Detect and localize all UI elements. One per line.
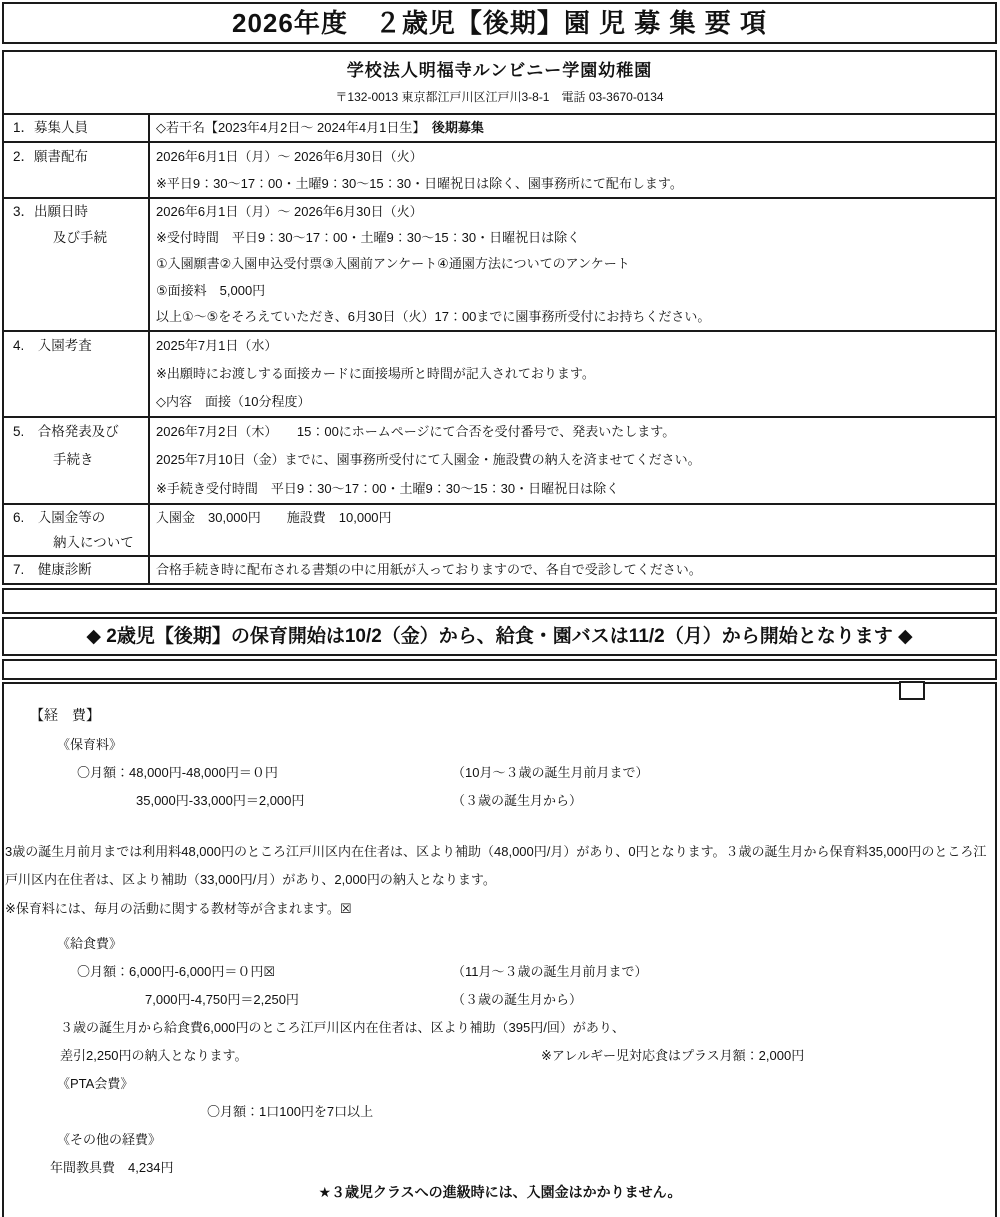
expense-line: 〇月額：48,000円-48,000円＝０円 — [77, 759, 278, 787]
row-content: 入園金 30,000円 施設費 10,000円 — [150, 505, 995, 555]
row-label-line: 2．願書配布 — [13, 143, 148, 170]
expense-line: 年間教具費 4,234円 — [50, 1154, 174, 1182]
row-label: 2．願書配布 — [4, 143, 150, 197]
table-row: 2．願書配布2026年6月1日（月）～ 2026年6月30日（火）※平日9：30… — [4, 143, 995, 199]
row-content-line: 2026年6月1日（月）～ 2026年6月30日（火） — [156, 143, 995, 170]
row-content: ◇若干名【2023年4月2日～ 2024年4月1日生】 後期募集 — [150, 115, 995, 141]
row-label-line: 7. 健康診断 — [13, 557, 148, 583]
content-text: ⑤面接料 5,000円 — [156, 283, 265, 298]
row-content: 2026年6月1日（月）～ 2026年6月30日（火）※平日9：30～17：00… — [150, 143, 995, 197]
content-text: ①入園願書②入園申込受付票③入園前アンケート④通園方法についてのアンケート — [156, 256, 630, 271]
table-row: 4. 入園考査2025年7月1日（水）※出願時にお渡しする面接カードに面接場所と… — [4, 332, 995, 418]
notice-banner-text: ◆ 2歳児【後期】の保育開始は10/2（金）から、給食・園バスは11/2（月）か… — [4, 619, 995, 654]
row-label-line: 手続き — [13, 446, 148, 474]
expense-line: 35,000円-33,000円＝2,000円 — [136, 787, 304, 815]
content-text: 2026年6月1日（月）～ 2026年6月30日（火） — [156, 149, 423, 164]
table-row: 6. 入園金等の納入について入園金 30,000円 施設費 10,000円 — [4, 505, 995, 557]
spacer-row-bottom — [2, 659, 997, 680]
expense-line: （３歳の誕生月から） — [452, 986, 582, 1014]
row-content-line: ◇内容 面接（10分程度） — [156, 388, 995, 416]
expenses-section-title: 【経 費】 — [30, 701, 100, 729]
content-text: 2026年7月2日（木） 15：00にホームページにて合否を受付番号で、発表いた… — [156, 424, 675, 439]
row-content-line: ⑤面接料 5,000円 — [156, 278, 995, 304]
row-content-line: ※受付時間 平日9：30～17：00・土曜9：30～15：30・日曜祝日は除く — [156, 225, 995, 251]
row-label: 5. 合格発表及び手続き — [4, 418, 150, 503]
row-content: 2026年7月2日（木） 15：00にホームページにて合否を受付番号で、発表いた… — [150, 418, 995, 503]
organization-address: 〒132-0013 東京都江戸川区江戸川3-8-1 電話 03-3670-013… — [4, 87, 995, 107]
table-row: 7. 健康診断合格手続き時に配布される書類の中に用紙が入っておりますので、各自で… — [4, 557, 995, 583]
content-text: ※平日9：30～17：00・土曜9：30～15：30・日曜祝日は除く、園事務所に… — [156, 176, 683, 191]
row-content: 合格手続き時に配布される書類の中に用紙が入っておりますので、各自で受診してくださ… — [150, 557, 995, 583]
table-row: 5. 合格発表及び手続き2026年7月2日（木） 15：00にホームページにて合… — [4, 418, 995, 505]
row-content-line: 以上①～⑤をそろえていただき、6月30日（火）17：00までに園事務所受付にお持… — [156, 304, 995, 330]
expense-line: 〇月額：6,000円-6,000円＝０円☒ — [77, 958, 275, 986]
expense-line: 〇月額：1口100円を7口以上 — [207, 1098, 373, 1126]
expense-line: 《PTA会費》 — [57, 1070, 133, 1098]
content-text: 合格手続き時に配布される書類の中に用紙が入っておりますので、各自で受診してくださ… — [156, 562, 702, 577]
expense-line: （11月～３歳の誕生月前月まで） — [452, 958, 648, 986]
row-label-line: 1．募集人員 — [13, 115, 148, 141]
row-content-line: 入園金 30,000円 施設費 10,000円 — [156, 505, 995, 530]
content-text: ◇内容 面接（10分程度） — [156, 394, 310, 409]
row-content: 2025年7月1日（水）※出願時にお渡しする面接カードに面接場所と時間が記入され… — [150, 332, 995, 416]
content-text: 2025年7月1日（水） — [156, 338, 277, 353]
row-content-line: 2026年7月2日（木） 15：00にホームページにて合否を受付番号で、発表いた… — [156, 418, 995, 446]
expense-line: ※アレルギー児対応食はプラス月額：2,000円 — [541, 1042, 804, 1070]
row-content-line: 合格手続き時に配布される書類の中に用紙が入っておりますので、各自で受診してくださ… — [156, 557, 995, 583]
row-label-line: 及び手続 — [13, 225, 148, 251]
tuition-supplement-note: ※保育料には、毎月の活動に関する教材等が含まれます。☒ — [5, 895, 352, 923]
row-content-line: ※平日9：30～17：00・土曜9：30～15：30・日曜祝日は除く、園事務所に… — [156, 170, 995, 197]
content-text: ※受付時間 平日9：30～17：00・土曜9：30～15：30・日曜祝日は除く — [156, 230, 580, 245]
main-table: 1．募集人員◇若干名【2023年4月2日～ 2024年4月1日生】 後期募集2．… — [2, 113, 997, 585]
organization-box: 学校法人明福寺ルンビニー学園幼稚園 〒132-0013 東京都江戸川区江戸川3-… — [2, 50, 997, 115]
row-content-line: ◇若干名【2023年4月2日～ 2024年4月1日生】 後期募集 — [156, 115, 995, 141]
promotion-note: ★３歳児クラスへの進級時には、入園金はかかりません。 — [0, 1178, 1000, 1206]
row-content-line: 2025年7月1日（水） — [156, 332, 995, 360]
row-content-line: ※手続き受付時間 平日9：30～17：00・土曜9：30～15：30・日曜祝日は… — [156, 475, 995, 503]
empty-checkbox — [899, 681, 925, 700]
content-text: 2026年6月1日（月）～ 2026年6月30日（火） — [156, 204, 423, 219]
document-title: 2026年度 ２歳児【後期】園 児 募 集 要 項 — [4, 4, 995, 42]
row-content-line: ※出願時にお渡しする面接カードに面接場所と時間が記入されております。 — [156, 360, 995, 388]
row-label-line: 納入について — [13, 530, 148, 555]
row-label-line: 5. 合格発表及び — [13, 418, 148, 446]
content-text: ※手続き受付時間 平日9：30～17：00・土曜9：30～15：30・日曜祝日は… — [156, 481, 619, 496]
expense-line: ３歳の誕生月から給食費6,000円のところ江戸川区内在住者は、区より補助（395… — [60, 1014, 625, 1042]
content-text: 以上①～⑤をそろえていただき、6月30日（火）17：00までに園事務所受付にお持… — [156, 309, 710, 324]
table-row: 3．出願日時及び手続2026年6月1日（月）～ 2026年6月30日（火）※受付… — [4, 199, 995, 332]
spacer-row-top — [2, 588, 997, 614]
row-label-line: 4. 入園考査 — [13, 332, 148, 360]
row-label: 3．出願日時及び手続 — [4, 199, 150, 330]
content-text: 2025年7月10日（金）までに、園事務所受付にて入園金・施設費の納入を済ませて… — [156, 452, 701, 467]
row-content: 2026年6月1日（月）～ 2026年6月30日（火）※受付時間 平日9：30～… — [150, 199, 995, 330]
row-label: 1．募集人員 — [4, 115, 150, 141]
row-content-line: 2025年7月10日（金）までに、園事務所受付にて入園金・施設費の納入を済ませて… — [156, 446, 995, 474]
row-content-line: 2026年6月1日（月）～ 2026年6月30日（火） — [156, 199, 995, 225]
expense-line: （10月～３歳の誕生月前月まで） — [452, 759, 648, 787]
expense-line: 差引2,250円の納入となります。 — [60, 1042, 248, 1070]
content-text: 入園金 30,000円 施設費 10,000円 — [156, 510, 392, 525]
expense-line: 7,000円-4,750円＝2,250円 — [145, 986, 299, 1014]
row-label-line: 6. 入園金等の — [13, 505, 148, 530]
expense-line: （３歳の誕生月から） — [452, 787, 582, 815]
content-text: ※出願時にお渡しする面接カードに面接場所と時間が記入されております。 — [156, 366, 595, 381]
organization-name: 学校法人明福寺ルンビニー学園幼稚園 — [4, 54, 995, 87]
expense-line: 《その他の経費》 — [57, 1126, 161, 1154]
row-label: 6. 入園金等の納入について — [4, 505, 150, 555]
row-label: 4. 入園考査 — [4, 332, 150, 416]
row-label-line: 3．出願日時 — [13, 199, 148, 225]
content-text: ◇若干名【2023年4月2日～ 2024年4月1日生】 — [156, 120, 419, 135]
row-content-line: ①入園願書②入園申込受付票③入園前アンケート④通園方法についてのアンケート — [156, 251, 995, 277]
row-label: 7. 健康診断 — [4, 557, 150, 583]
expense-line: 《保育料》 — [57, 731, 122, 759]
expense-line: 《給食費》 — [57, 930, 122, 958]
emphasized-text: 後期募集 — [419, 120, 484, 135]
document-page: 2026年度 ２歳児【後期】園 児 募 集 要 項 学校法人明福寺ルンビニー学園… — [0, 0, 1000, 1217]
document-title-box: 2026年度 ２歳児【後期】園 児 募 集 要 項 — [2, 2, 997, 44]
table-row: 1．募集人員◇若干名【2023年4月2日～ 2024年4月1日生】 後期募集 — [4, 115, 995, 143]
notice-banner: ◆ 2歳児【後期】の保育開始は10/2（金）から、給食・園バスは11/2（月）か… — [2, 617, 997, 656]
subsidy-note-paragraph: 3歳の誕生月前月までは利用料48,000円のところ江戸川区内在住者は、区より補助… — [5, 838, 995, 894]
